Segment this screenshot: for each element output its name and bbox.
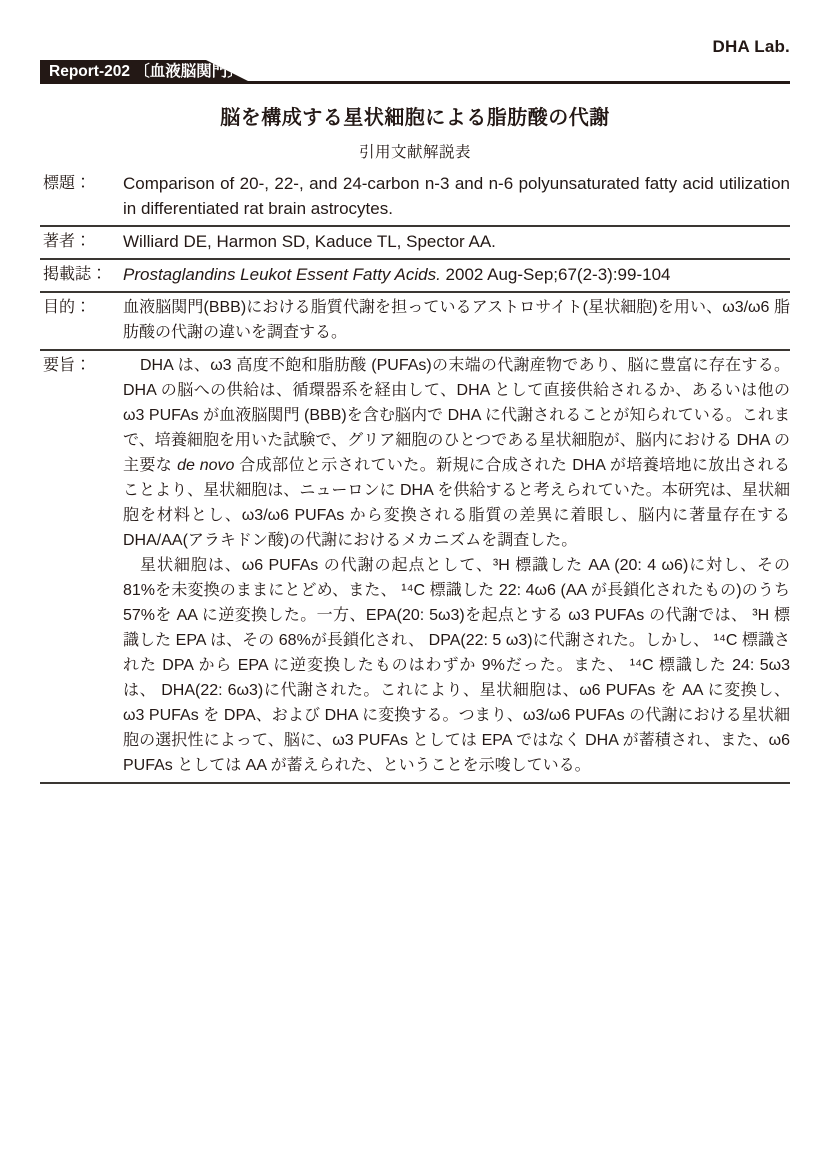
report-banner: Report-202 〔血液脳関門〕 bbox=[40, 60, 790, 84]
abstract-paragraph: 星状細胞は、ω6 PUFAs の代謝の起点として、³H 標識した AA (20:… bbox=[123, 553, 790, 778]
journal-citation: 2002 Aug-Sep;67(2-3):99-104 bbox=[441, 265, 671, 284]
row-label-abstract: 要旨： bbox=[40, 353, 123, 378]
journal-name: Prostaglandins Leukot Essent Fatty Acids… bbox=[123, 265, 441, 284]
page-title: 脳を構成する星状細胞による脂肪酸の代謝 bbox=[40, 101, 790, 130]
report-page: DHA Lab. Report-202 〔血液脳関門〕 脳を構成する星状細胞によ… bbox=[0, 0, 828, 1171]
row-value-title: Comparison of 20-, 22-, and 24-carbon n-… bbox=[123, 171, 790, 221]
row-label-title: 標題： bbox=[40, 171, 123, 196]
row-value-authors: Williard DE, Harmon SD, Kaduce TL, Spect… bbox=[123, 229, 790, 254]
page-subtitle: 引用文献解説表 bbox=[40, 140, 790, 162]
table-row-title: 標題： Comparison of 20-, 22-, and 24-carbo… bbox=[40, 169, 790, 227]
table-row-authors: 著者： Williard DE, Harmon SD, Kaduce TL, S… bbox=[40, 227, 790, 260]
report-number-label: Report-202 〔血液脳関門〕 bbox=[49, 63, 243, 80]
abstract-paragraph: DHA は、ω3 高度不飽和脂肪酸 (PUFAs)の末端の代謝産物であり、脳に豊… bbox=[123, 353, 790, 553]
row-value-purpose: 血液脳関門(BBB)における脂質代謝を担っているアストロサイト(星状細胞)を用い… bbox=[123, 295, 790, 345]
reference-table: 標題： Comparison of 20-, 22-, and 24-carbo… bbox=[40, 169, 790, 784]
table-row-purpose: 目的： 血液脳関門(BBB)における脂質代謝を担っているアストロサイト(星状細胞… bbox=[40, 293, 790, 351]
table-row-journal: 掲載誌： Prostaglandins Leukot Essent Fatty … bbox=[40, 260, 790, 293]
brand-label: DHA Lab. bbox=[40, 0, 790, 56]
abstract-content: DHA は、ω3 高度不飽和脂肪酸 (PUFAs)の末端の代謝産物であり、脳に豊… bbox=[123, 353, 790, 778]
row-label-authors: 著者： bbox=[40, 229, 123, 254]
report-number-flag: Report-202 〔血液脳関門〕 bbox=[40, 60, 254, 84]
row-value-journal: Prostaglandins Leukot Essent Fatty Acids… bbox=[123, 262, 790, 287]
row-label-purpose: 目的： bbox=[40, 295, 123, 320]
row-label-journal: 掲載誌： bbox=[40, 262, 123, 287]
table-row-abstract: 要旨： DHA は、ω3 高度不飽和脂肪酸 (PUFAs)の末端の代謝産物であり… bbox=[40, 351, 790, 784]
